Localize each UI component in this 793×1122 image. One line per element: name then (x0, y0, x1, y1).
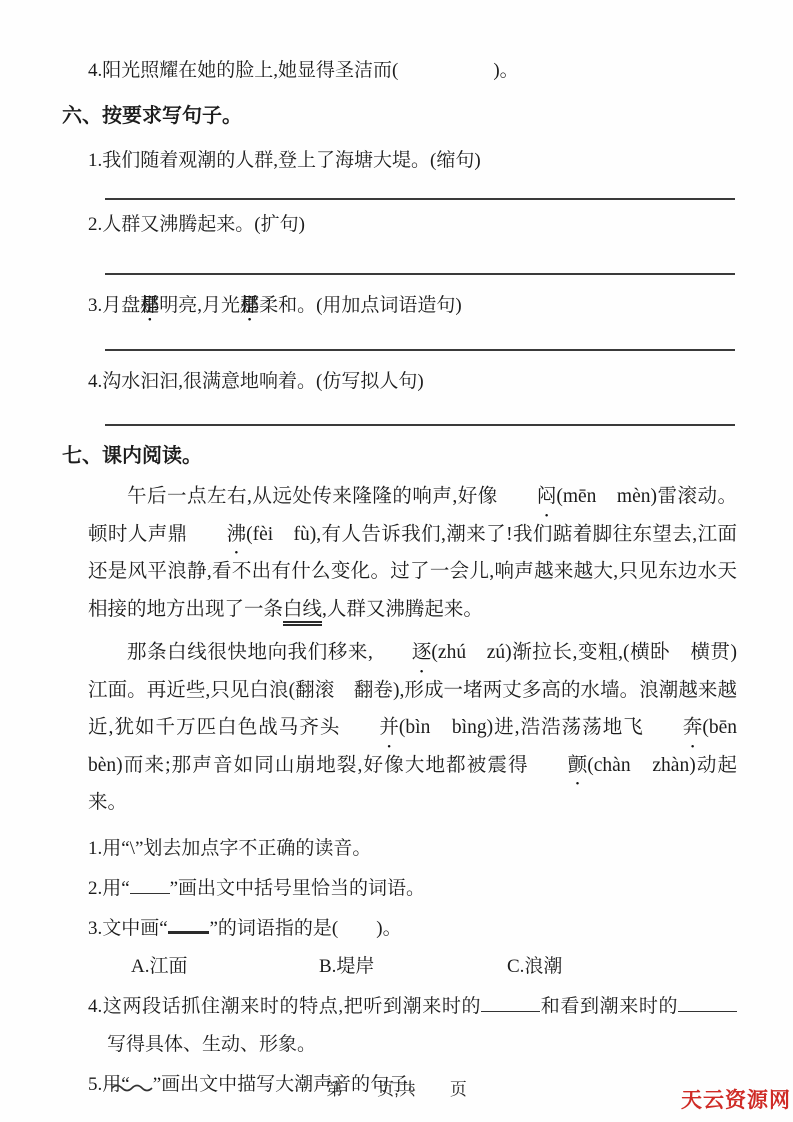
section7-question-2: 2.用“”画出文中括号里恰当的词语。 (88, 870, 737, 908)
segment-dot: 并 (340, 709, 399, 747)
prev-section-item-4: 4.阳光照耀在她的脸上,她显得圣洁而( )。 (88, 56, 737, 86)
section7-question-1: 1.用“\”划去加点字不正确的读音。 (88, 830, 737, 868)
option-c: C.浪潮 (507, 948, 562, 986)
text-segment: 4.阳光照耀在她的脸上,她显得圣洁而( )。 (88, 60, 519, 81)
passage-paragraph-1: 午后一点左右,从远处传来隆隆的响声,好像闷(mēn mèn)雷滚动。顿时人声鼎沸… (88, 478, 737, 628)
section-6-heading: 六、按要求写句子。 (62, 100, 737, 132)
segment-dot: 逐 (373, 634, 432, 672)
text-segment: 3.文中画“ (88, 918, 168, 939)
text-segment: 4.沟水汩汩,很满意地响着。(仿写拟人句) (88, 371, 424, 392)
text-segment: 柔和。(用加点词语造句) (259, 295, 462, 316)
section6-item-3: 3.月盘是那样明亮,月光是那样柔和。(用加点词语造句) (88, 291, 737, 321)
answer-line (105, 424, 735, 426)
answer-line (105, 273, 735, 275)
segment-dot: 闷 (498, 478, 557, 516)
question-3-options: A.江面 B.堤岸 C.浪潮 (131, 948, 737, 986)
worksheet-content: 4.阳光照耀在她的脸上,她显得圣洁而( )。 六、按要求写句子。 1.我们随着观… (0, 0, 793, 1106)
text-segment: 2.用“ (88, 878, 130, 899)
section7-question-4: 4.这两段话抓住潮来时的特点,把听到潮来时的和看到潮来时的写得具体、生动、形象。 (88, 988, 737, 1064)
segment-blank2 (678, 992, 737, 1011)
text-segment: 午后一点左右,从远处传来隆隆的响声,好像 (127, 486, 498, 507)
segment-dot: 颤 (529, 747, 588, 785)
option-a: A.江面 (131, 948, 319, 986)
watermark-text: 天云资源网 (681, 1084, 791, 1114)
segment-blankthick (168, 912, 210, 933)
segment-blank (130, 874, 170, 893)
answer-line (105, 198, 735, 200)
segment-blank2 (481, 992, 540, 1011)
text-segment: ”的词语指的是( )。 (209, 918, 401, 939)
option-b: B.堤岸 (319, 948, 507, 986)
section6-item-1: 1.我们随着观潮的人群,登上了海塘大堤。(缩句) (88, 146, 737, 176)
text-segment: 和看到潮来时的 (540, 996, 678, 1017)
text-segment: 1.用“\”划去加点字不正确的读音。 (88, 838, 371, 859)
text-segment: (bìn bìng)进,浩浩荡荡地飞 (399, 717, 644, 738)
section7-questions: 1.用“\”划去加点字不正确的读音。 2.用“”画出文中括号里恰当的词语。 3.… (62, 830, 737, 1106)
text-segment: 那条白线很快地向我们移来, (127, 642, 373, 663)
text-segment: ”画出文中括号里恰当的词语。 (170, 878, 425, 899)
segment-dot: 沸 (188, 516, 247, 554)
section6-item-4: 4.沟水汩汩,很满意地响着。(仿写拟人句) (88, 367, 737, 397)
footer-page-label: 第 页,共 页 (0, 1075, 793, 1100)
section6-item-2: 2.人群又沸腾起来。(扩句) (88, 210, 737, 240)
segment-dunder: 白线 (283, 599, 322, 626)
text-segment: ,人群又沸腾起来。 (322, 599, 483, 620)
text-segment: 写得具体、生动、形象。 (107, 1034, 316, 1055)
section-7-heading: 七、课内阅读。 (62, 440, 737, 472)
section7-question-3: 3.文中画“”的词语指的是( )。 (88, 910, 737, 948)
text-segment: 4.这两段话抓住潮来时的特点,把听到潮来时的 (88, 996, 481, 1017)
passage-paragraph-2: 那条白线很快地向我们移来,逐(zhú zú)渐拉长,变粗,(横卧 横贯)江面。再… (88, 634, 737, 822)
text-segment: 2.人群又沸腾起来。(扩句) (88, 214, 305, 235)
answer-line (105, 349, 735, 351)
segment-dot: 奔 (644, 709, 703, 747)
text-segment: 1.我们随着观潮的人群,登上了海塘大堤。(缩句) (88, 150, 481, 171)
worksheet-page: 4.阳光照耀在她的脸上,她显得圣洁而( )。 六、按要求写句子。 1.我们随着观… (0, 0, 793, 1122)
